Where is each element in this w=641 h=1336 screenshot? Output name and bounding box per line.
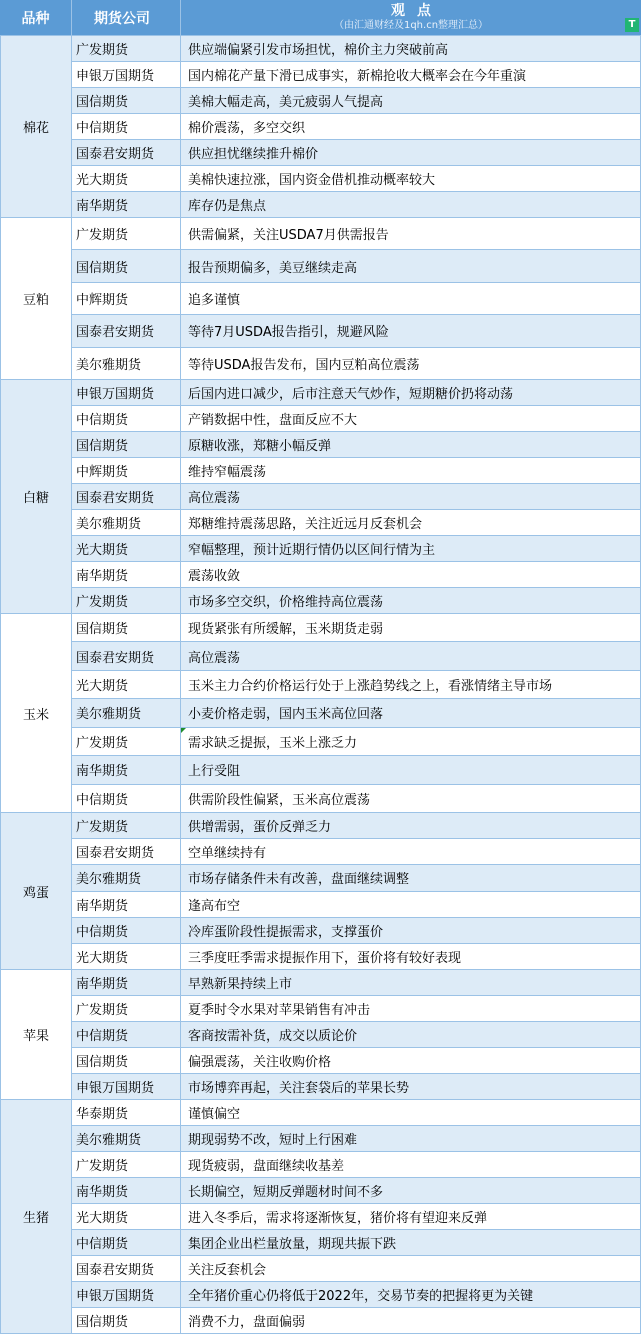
view-cell[interactable]: 产销数据中性，盘面反应不大 — [181, 406, 641, 431]
header-category[interactable]: 品种 — [0, 0, 72, 35]
table-row[interactable]: 中辉期货维持窄幅震荡 — [72, 458, 641, 484]
category-cell[interactable]: 鸡蛋 — [0, 813, 72, 969]
company-cell[interactable]: 国泰君安期货 — [72, 642, 181, 669]
company-cell[interactable]: 广发期货 — [72, 1152, 181, 1177]
table-row[interactable]: 中辉期货追多谨慎 — [72, 283, 641, 315]
comment-marker-icon — [181, 728, 186, 733]
view-cell[interactable]: 谨慎偏空 — [181, 1100, 641, 1125]
company-cell[interactable]: 美尔雅期货 — [72, 510, 181, 535]
view-cell[interactable]: 上行受阻 — [181, 756, 641, 783]
table-row[interactable]: 广发期货夏季时令水果对苹果销售有冲击 — [72, 996, 641, 1022]
view-cell[interactable]: 现货疲弱，盘面继续收基差 — [181, 1152, 641, 1177]
company-cell[interactable]: 中信期货 — [72, 1022, 181, 1047]
company-cell[interactable]: 光大期货 — [72, 166, 181, 191]
company-cell[interactable]: 国信期货 — [72, 614, 181, 641]
company-cell[interactable]: 美尔雅期货 — [72, 865, 181, 890]
company-cell[interactable]: 中辉期货 — [72, 283, 181, 314]
view-cell[interactable]: 市场存储条件未有改善，盘面继续调整 — [181, 865, 641, 890]
table-row[interactable]: 国信期货现货紧张有所缓解，玉米期货走弱 — [72, 614, 641, 642]
view-cell[interactable]: 等待7月USDA报告指引，规避风险 — [181, 315, 641, 346]
header-company[interactable]: 期货公司 — [72, 0, 181, 35]
view-cell[interactable]: 窄幅整理，预计近期行情仍以区间行情为主 — [181, 536, 641, 561]
table-row[interactable]: 中信期货集团企业出栏量放量，期现共振下跌 — [72, 1230, 641, 1256]
company-cell[interactable]: 华泰期货 — [72, 1100, 181, 1125]
view-cell[interactable]: 库存仍是焦点 — [181, 192, 641, 217]
view-cell[interactable]: 夏季时令水果对苹果销售有冲击 — [181, 996, 641, 1021]
view-cell[interactable]: 冷库蛋阶段性提振需求，支撑蛋价 — [181, 918, 641, 943]
table-row[interactable]: 南华期货逢高布空 — [72, 892, 641, 918]
view-cell[interactable]: 供应端偏紧引发市场担忧，棉价主力突破前高 — [181, 36, 641, 61]
table-row[interactable]: 光大期货进入冬季后，需求将逐渐恢复，猪价将有望迎来反弹 — [72, 1204, 641, 1230]
company-cell[interactable]: 光大期货 — [72, 1204, 181, 1229]
view-cell[interactable]: 偏强震荡，关注收购价格 — [181, 1048, 641, 1073]
table-row[interactable]: 国泰君安期货空单继续持有 — [72, 839, 641, 865]
table-row[interactable]: 美尔雅期货小麦价格走弱，国内玉米高位回落 — [72, 699, 641, 727]
view-cell[interactable]: 市场博弈再起，关注套袋后的苹果长势 — [181, 1074, 641, 1099]
company-cell[interactable]: 国信期货 — [72, 88, 181, 113]
view-cell[interactable]: 玉米主力合约价格运行处于上涨趋势线之上，看涨情绪主导市场 — [181, 671, 641, 698]
table-row[interactable]: 国泰君安期货供应担忧继续推升棉价 — [72, 140, 641, 166]
company-cell[interactable]: 光大期货 — [72, 536, 181, 561]
section-live-hog: 生猪 华泰期货谨慎偏空 美尔雅期货期现弱势不改，短时上行困难 广发期货现货疲弱，… — [0, 1100, 641, 1334]
table-row[interactable]: 国信期货偏强震荡，关注收购价格 — [72, 1048, 641, 1074]
category-cell[interactable]: 苹果 — [0, 970, 72, 1099]
section-soymeal: 豆粕 广发期货供需偏紧，关注USDA7月供需报告 国信期货报告预期偏多，美豆继续… — [0, 218, 641, 380]
table-row[interactable]: 中信期货棉价震荡，多空交织 — [72, 114, 641, 140]
company-cell[interactable]: 中辉期货 — [72, 458, 181, 483]
table-row[interactable]: 国信期货原糖收涨，郑糖小幅反弹 — [72, 432, 641, 458]
table-row[interactable]: 广发期货供应端偏紧引发市场担忧，棉价主力突破前高 — [72, 36, 641, 62]
company-cell[interactable]: 南华期货 — [72, 756, 181, 783]
company-cell[interactable]: 南华期货 — [72, 192, 181, 217]
company-cell[interactable]: 美尔雅期货 — [72, 1126, 181, 1151]
view-text: 需求缺乏提振，玉米上涨乏力 — [188, 732, 357, 751]
table-row[interactable]: 国泰君安期货关注反套机会 — [72, 1256, 641, 1282]
company-cell[interactable]: 广发期货 — [72, 218, 181, 249]
company-cell[interactable]: 申银万国期货 — [72, 1282, 181, 1307]
table-row[interactable]: 美尔雅期货等待USDA报告发布，国内豆粕高位震荡 — [72, 348, 641, 379]
table-row[interactable]: 华泰期货谨慎偏空 — [72, 1100, 641, 1126]
table-row[interactable]: 广发期货市场多空交织，价格维持高位震荡 — [72, 588, 641, 613]
view-cell[interactable]: 原糖收涨，郑糖小幅反弹 — [181, 432, 641, 457]
table-row[interactable]: 申银万国期货后国内进口减少，后市注意天气炒作，短期糖价扔将动荡 — [72, 380, 641, 406]
category-cell[interactable]: 玉米 — [0, 614, 72, 812]
table-row[interactable]: 广发期货供增需弱，蛋价反弹乏力 — [72, 813, 641, 839]
company-cell[interactable]: 国泰君安期货 — [72, 1256, 181, 1281]
company-cell[interactable]: 国信期货 — [72, 1308, 181, 1333]
company-cell[interactable]: 国信期货 — [72, 1048, 181, 1073]
section-corn: 玉米 国信期货现货紧张有所缓解，玉米期货走弱 国泰君安期货高位震荡 光大期货玉米… — [0, 614, 641, 813]
table-row[interactable]: 国信期货报告预期偏多，美豆继续走高 — [72, 250, 641, 282]
company-cell[interactable]: 国泰君安期货 — [72, 839, 181, 864]
table-row[interactable]: 中信期货产销数据中性，盘面反应不大 — [72, 406, 641, 432]
table-row[interactable]: 光大期货窄幅整理，预计近期行情仍以区间行情为主 — [72, 536, 641, 562]
table-row[interactable]: 广发期货现货疲弱，盘面继续收基差 — [72, 1152, 641, 1178]
company-cell[interactable]: 中信期货 — [72, 918, 181, 943]
table-row[interactable]: 国泰君安期货高位震荡 — [72, 484, 641, 510]
company-cell[interactable]: 国信期货 — [72, 250, 181, 281]
view-cell[interactable]: 美棉快速拉涨，国内资金借机推动概率较大 — [181, 166, 641, 191]
table-row[interactable]: 光大期货玉米主力合约价格运行处于上涨趋势线之上，看涨情绪主导市场 — [72, 671, 641, 699]
view-cell[interactable]: 震荡收敛 — [181, 562, 641, 587]
view-cell[interactable]: 国内棉花产量下滑已成事实，新棉抢收大概率会在今年重演 — [181, 62, 641, 87]
table-row[interactable]: 申银万国期货全年猪价重心仍将低于2022年，交易节奏的把握将更为关键 — [72, 1282, 641, 1308]
table-row[interactable]: 南华期货震荡收敛 — [72, 562, 641, 588]
view-cell[interactable]: 市场多空交织，价格维持高位震荡 — [181, 588, 641, 613]
view-cell[interactable]: 三季度旺季需求提振作用下，蛋价将有较好表现 — [181, 944, 641, 969]
table-row[interactable]: 光大期货三季度旺季需求提振作用下，蛋价将有较好表现 — [72, 944, 641, 969]
table-row[interactable]: 广发期货供需偏紧，关注USDA7月供需报告 — [72, 218, 641, 250]
view-cell[interactable]: 棉价震荡，多空交织 — [181, 114, 641, 139]
table-row[interactable]: 南华期货库存仍是焦点 — [72, 192, 641, 217]
company-cell[interactable]: 广发期货 — [72, 996, 181, 1021]
section-sugar: 白糖 申银万国期货后国内进口减少，后市注意天气炒作，短期糖价扔将动荡 中信期货产… — [0, 380, 641, 614]
table-row[interactable]: 南华期货上行受阻 — [72, 756, 641, 784]
view-cell[interactable]: 美棉大幅走高，美元疲弱人气提高 — [181, 88, 641, 113]
table-header: 品种 期货公司 观点 （由汇通财经及1qh.cn整理汇总） T — [0, 0, 641, 36]
view-cell[interactable]: 郑糖维持震荡思路，关注近远月反套机会 — [181, 510, 641, 535]
table-row[interactable]: 美尔雅期货期现弱势不改，短时上行困难 — [72, 1126, 641, 1152]
table-row[interactable]: 国信期货消费不力，盘面偏弱 — [72, 1308, 641, 1333]
view-cell[interactable]: 长期偏空，短期反弹题材时间不多 — [181, 1178, 641, 1203]
table-row[interactable]: 美尔雅期货市场存储条件未有改善，盘面继续调整 — [72, 865, 641, 891]
table-row[interactable]: 中信期货冷库蛋阶段性提振需求，支撑蛋价 — [72, 918, 641, 944]
company-cell[interactable]: 南华期货 — [72, 562, 181, 587]
company-cell[interactable]: 国泰君安期货 — [72, 140, 181, 165]
view-cell[interactable]: 关注反套机会 — [181, 1256, 641, 1281]
view-cell[interactable]: 维持窄幅震荡 — [181, 458, 641, 483]
table-row[interactable]: 申银万国期货市场博弈再起，关注套袋后的苹果长势 — [72, 1074, 641, 1099]
company-cell[interactable]: 国信期货 — [72, 432, 181, 457]
view-cell[interactable]: 供需偏紧，关注USDA7月供需报告 — [181, 218, 641, 249]
futures-views-table: 品种 期货公司 观点 （由汇通财经及1qh.cn整理汇总） T 棉花 广发期货供… — [0, 0, 641, 1334]
table-row[interactable]: 广发期货需求缺乏提振，玉米上涨乏力 — [72, 728, 641, 756]
view-cell[interactable]: 期现弱势不改，短时上行困难 — [181, 1126, 641, 1151]
section-egg: 鸡蛋 广发期货供增需弱，蛋价反弹乏力 国泰君安期货空单继续持有 美尔雅期货市场存… — [0, 813, 641, 970]
view-cell[interactable]: 全年猪价重心仍将低于2022年，交易节奏的把握将更为关键 — [181, 1282, 641, 1307]
section-apple: 苹果 南华期货早熟新果持续上市 广发期货夏季时令水果对苹果销售有冲击 中信期货客… — [0, 970, 641, 1100]
company-cell[interactable]: 光大期货 — [72, 671, 181, 698]
view-cell[interactable]: 等待USDA报告发布，国内豆粕高位震荡 — [181, 348, 641, 379]
table-row[interactable]: 国信期货美棉大幅走高，美元疲弱人气提高 — [72, 88, 641, 114]
company-cell[interactable]: 美尔雅期货 — [72, 699, 181, 726]
view-cell[interactable]: 供需阶段性偏紧，玉米高位震荡 — [181, 785, 641, 812]
category-cell[interactable]: 棉花 — [0, 36, 72, 217]
table-row[interactable]: 申银万国期货国内棉花产量下滑已成事实，新棉抢收大概率会在今年重演 — [72, 62, 641, 88]
filter-icon[interactable]: T — [625, 18, 639, 32]
view-cell[interactable]: 消费不力，盘面偏弱 — [181, 1308, 641, 1333]
view-cell[interactable]: 高位震荡 — [181, 642, 641, 669]
view-cell[interactable]: 现货紧张有所缓解，玉米期货走弱 — [181, 614, 641, 641]
company-cell[interactable]: 南华期货 — [72, 970, 181, 995]
view-cell[interactable]: 后国内进口减少，后市注意天气炒作，短期糖价扔将动荡 — [181, 380, 641, 405]
company-cell[interactable]: 南华期货 — [72, 1178, 181, 1203]
view-cell[interactable]: 供应担忧继续推升棉价 — [181, 140, 641, 165]
view-cell[interactable]: 供增需弱，蛋价反弹乏力 — [181, 813, 641, 838]
view-cell[interactable]: 空单继续持有 — [181, 839, 641, 864]
company-cell[interactable]: 中信期货 — [72, 1230, 181, 1255]
view-cell[interactable]: 高位震荡 — [181, 484, 641, 509]
category-cell[interactable]: 白糖 — [0, 380, 72, 613]
company-cell[interactable]: 广发期货 — [72, 728, 181, 755]
company-cell[interactable]: 中信期货 — [72, 785, 181, 812]
view-cell[interactable]: 需求缺乏提振，玉米上涨乏力 — [181, 728, 641, 755]
header-view-title: 观点 — [379, 4, 443, 19]
table-row[interactable]: 国泰君安期货高位震荡 — [72, 642, 641, 670]
company-cell[interactable]: 光大期货 — [72, 944, 181, 969]
table-row[interactable]: 南华期货长期偏空，短期反弹题材时间不多 — [72, 1178, 641, 1204]
company-cell[interactable]: 申银万国期货 — [72, 380, 181, 405]
company-cell[interactable]: 国泰君安期货 — [72, 315, 181, 346]
company-cell[interactable]: 中信期货 — [72, 406, 181, 431]
table-row[interactable]: 国泰君安期货等待7月USDA报告指引，规避风险 — [72, 315, 641, 347]
company-cell[interactable]: 申银万国期货 — [72, 62, 181, 87]
table-row[interactable]: 中信期货供需阶段性偏紧，玉米高位震荡 — [72, 785, 641, 812]
view-cell[interactable]: 逢高布空 — [181, 892, 641, 917]
section-cotton: 棉花 广发期货供应端偏紧引发市场担忧，棉价主力突破前高 申银万国期货国内棉花产量… — [0, 36, 641, 218]
company-cell[interactable]: 南华期货 — [72, 892, 181, 917]
view-cell[interactable]: 集团企业出栏量放量，期现共振下跌 — [181, 1230, 641, 1255]
table-row[interactable]: 中信期货客商按需补货，成交以质论价 — [72, 1022, 641, 1048]
table-row[interactable]: 光大期货美棉快速拉涨，国内资金借机推动概率较大 — [72, 166, 641, 192]
category-cell[interactable]: 生猪 — [0, 1100, 72, 1333]
company-cell[interactable]: 广发期货 — [72, 588, 181, 613]
company-cell[interactable]: 中信期货 — [72, 114, 181, 139]
table-row[interactable]: 美尔雅期货郑糖维持震荡思路，关注近远月反套机会 — [72, 510, 641, 536]
company-cell[interactable]: 美尔雅期货 — [72, 348, 181, 379]
table-row[interactable]: 南华期货早熟新果持续上市 — [72, 970, 641, 996]
view-cell[interactable]: 报告预期偏多，美豆继续走高 — [181, 250, 641, 281]
view-cell[interactable]: 进入冬季后，需求将逐渐恢复，猪价将有望迎来反弹 — [181, 1204, 641, 1229]
header-view[interactable]: 观点 （由汇通财经及1qh.cn整理汇总） — [181, 0, 641, 35]
view-cell[interactable]: 客商按需补货，成交以质论价 — [181, 1022, 641, 1047]
category-cell[interactable]: 豆粕 — [0, 218, 72, 379]
company-cell[interactable]: 申银万国期货 — [72, 1074, 181, 1099]
view-cell[interactable]: 早熟新果持续上市 — [181, 970, 641, 995]
header-view-subtitle: （由汇通财经及1qh.cn整理汇总） — [334, 20, 488, 31]
company-cell[interactable]: 广发期货 — [72, 813, 181, 838]
view-cell[interactable]: 追多谨慎 — [181, 283, 641, 314]
company-cell[interactable]: 广发期货 — [72, 36, 181, 61]
view-cell[interactable]: 小麦价格走弱，国内玉米高位回落 — [181, 699, 641, 726]
company-cell[interactable]: 国泰君安期货 — [72, 484, 181, 509]
